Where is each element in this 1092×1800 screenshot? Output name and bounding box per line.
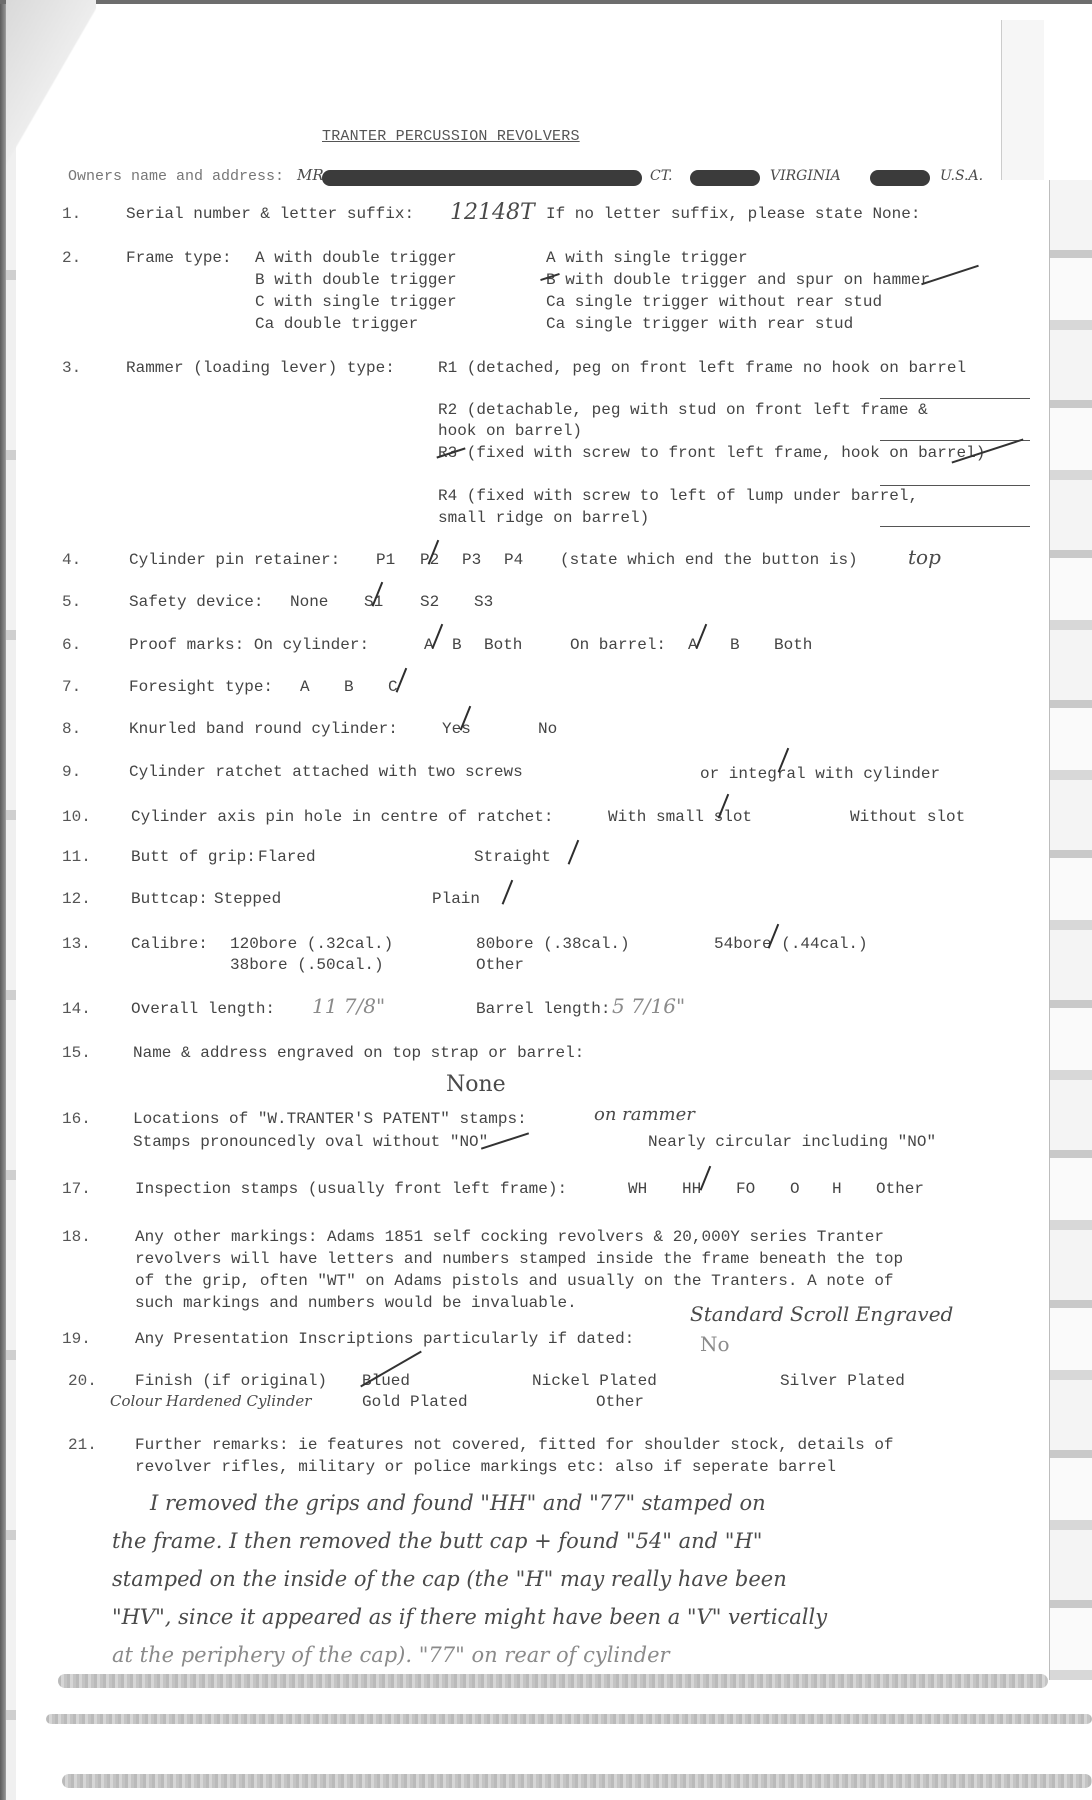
q5-number: 5. — [62, 593, 81, 611]
inspection-fo[interactable]: FO — [736, 1180, 755, 1198]
frame-option[interactable]: Ca single trigger without rear stud — [546, 293, 882, 311]
frame-option[interactable]: A with single trigger — [546, 249, 748, 267]
q4-note: (state which end the button is) — [560, 551, 858, 569]
barrel-proof-b[interactable]: B — [730, 636, 740, 654]
q1-note: If no letter suffix, please state None: — [546, 205, 920, 223]
button-end-answer[interactable]: top — [908, 545, 941, 569]
q18-text-line: Any other markings: Adams 1851 self cock… — [135, 1228, 884, 1246]
answer-line — [880, 485, 1030, 486]
rammer-option-r4-cont: small ridge on barrel) — [438, 509, 649, 527]
calibre-54bore-selected[interactable]: 54bore (.44cal.) — [714, 935, 868, 953]
q17-number: 17. — [62, 1180, 91, 1198]
overall-length-answer[interactable]: 11 7/8" — [312, 994, 385, 1018]
q4-label: Cylinder pin retainer: — [129, 551, 340, 569]
q18-text-line: of the grip, often "WT" on Adams pistols… — [135, 1272, 894, 1290]
rammer-option-r3-selected[interactable]: R3 (fixed with screw to front left frame… — [438, 444, 985, 462]
scan-smudge — [46, 1714, 1092, 1724]
scan-smudge — [58, 1674, 1048, 1688]
finish-other[interactable]: Other — [596, 1393, 644, 1411]
q16-number: 16. — [62, 1110, 91, 1128]
q21-text-line: revolver rifles, military or police mark… — [135, 1458, 836, 1476]
calibre-other[interactable]: Other — [476, 956, 524, 974]
remarks-answer-line[interactable]: stamped on the inside of the cap (the "H… — [112, 1560, 787, 1598]
ratchet-two-screws[interactable]: Cylinder ratchet attached with two screw… — [129, 763, 523, 781]
answer-line — [880, 440, 1030, 441]
q6-number: 6. — [62, 636, 81, 654]
buttcap-plain-selected[interactable]: Plain — [432, 890, 480, 908]
pin-hole-small-slot-selected[interactable]: With small slot — [608, 808, 752, 826]
pin-hole-without-slot[interactable]: Without slot — [850, 808, 965, 826]
q11-number: 11. — [62, 848, 91, 866]
check-mark-icon — [557, 835, 580, 864]
q9-number: 9. — [62, 763, 81, 781]
buttcap-stepped[interactable]: Stepped — [214, 890, 281, 908]
check-mark-icon — [689, 1161, 712, 1190]
safety-s3[interactable]: S3 — [474, 593, 493, 611]
finish-nickel-plated[interactable]: Nickel Plated — [532, 1372, 657, 1390]
q2-label: Frame type: — [126, 249, 232, 267]
q19-label: Any Presentation Inscriptions particular… — [135, 1330, 634, 1348]
ratchet-integral-selected[interactable]: or integral with cylinder — [700, 765, 940, 783]
barrel-length-label: Barrel length: — [476, 1000, 610, 1018]
safety-none[interactable]: None — [290, 593, 328, 611]
q2-number: 2. — [62, 249, 81, 267]
q10-number: 10. — [62, 808, 91, 826]
grip-straight-selected[interactable]: Straight — [474, 848, 551, 866]
rammer-option-r2-cont: hook on barrel) — [438, 422, 582, 440]
q15-number: 15. — [62, 1044, 91, 1062]
q18-number: 18. — [62, 1228, 91, 1246]
owner-label: Owners name and address: — [68, 168, 284, 185]
stamp-oval-selected[interactable]: Stamps pronouncedly oval without "NO" — [133, 1133, 488, 1151]
redacted-owner-zip — [870, 170, 930, 186]
q4-number: 4. — [62, 551, 81, 569]
frame-option[interactable]: A with double trigger — [255, 249, 457, 267]
owner-state-abbrev: CT. — [650, 168, 672, 184]
frame-option[interactable]: Ca double trigger — [255, 315, 418, 333]
redacted-owner-name — [322, 170, 642, 186]
inspection-other[interactable]: Other — [876, 1180, 924, 1198]
pin-retainer-p4[interactable]: P4 — [504, 551, 523, 569]
inspection-o[interactable]: O — [790, 1180, 800, 1198]
q17-label: Inspection stamps (usually front left fr… — [135, 1180, 567, 1198]
frame-option-selected[interactable]: B with double trigger and spur on hammer — [546, 271, 930, 289]
inscriptions-answer[interactable]: No — [700, 1332, 730, 1356]
scan-smudge — [62, 1774, 1092, 1788]
cylinder-proof-b[interactable]: B — [452, 636, 462, 654]
q5-label: Safety device: — [129, 593, 263, 611]
frame-option[interactable]: B with double trigger — [255, 271, 457, 289]
foresight-a[interactable]: A — [300, 678, 310, 696]
rammer-option-r2[interactable]: R2 (detachable, peg with stud on front l… — [438, 401, 928, 419]
check-mark-icon — [421, 619, 444, 648]
cylinder-proof-both[interactable]: Both — [484, 636, 522, 654]
q12-label: Buttcap: — [131, 890, 208, 908]
q21-text-line: Further remarks: ie features not covered… — [135, 1436, 894, 1454]
pin-retainer-p1[interactable]: P1 — [376, 551, 395, 569]
remarks-answer-line[interactable]: the frame. I then removed the butt cap +… — [112, 1522, 762, 1560]
knurled-no[interactable]: No — [538, 720, 557, 738]
owner-country: U.S.A. — [940, 168, 983, 184]
patent-stamp-location-answer[interactable]: on rammer — [594, 1104, 695, 1125]
q20-label: Finish (if original) — [135, 1372, 327, 1390]
q16-label: Locations of "W.TRANTER'S PATENT" stamps… — [133, 1110, 527, 1128]
q11-label: Butt of grip: — [131, 848, 256, 866]
q21-number: 21. — [68, 1436, 97, 1454]
q19-number: 19. — [62, 1330, 91, 1348]
other-markings-answer[interactable]: Standard Scroll Engraved — [690, 1302, 953, 1326]
q8-number: 8. — [62, 720, 81, 738]
q15-label: Name & address engraved on top strap or … — [133, 1044, 584, 1062]
owner-state: VIRGINIA — [770, 168, 841, 184]
q13-number: 13. — [62, 935, 91, 953]
inspection-wh[interactable]: WH — [628, 1180, 647, 1198]
calibre-80bore[interactable]: 80bore (.38cal.) — [476, 935, 630, 953]
q1-number: 1. — [62, 205, 81, 223]
calibre-120bore[interactable]: 120bore (.32cal.) — [230, 935, 393, 953]
stamp-circular[interactable]: Nearly circular including "NO" — [648, 1133, 936, 1151]
foresight-b[interactable]: B — [344, 678, 354, 696]
questionnaire-page: TRANTER PERCUSSION REVOLVERS Owners name… — [0, 0, 1092, 1800]
q12-number: 12. — [62, 890, 91, 908]
answer-line — [880, 526, 1030, 527]
q18-text-line: revolvers will have letters and numbers … — [135, 1250, 903, 1268]
barrel-proof-both[interactable]: Both — [774, 636, 812, 654]
remarks-answer-line[interactable]: I removed the grips and found "HH" and "… — [150, 1484, 766, 1522]
finish-silver-plated[interactable]: Silver Plated — [780, 1372, 905, 1390]
finish-gold-plated[interactable]: Gold Plated — [362, 1393, 468, 1411]
q3-label: Rammer (loading lever) type: — [126, 359, 395, 377]
q10-label: Cylinder axis pin hole in centre of ratc… — [131, 808, 553, 826]
rammer-option-r4[interactable]: R4 (fixed with screw to left of lump und… — [438, 487, 918, 505]
remarks-answer-line[interactable]: "HV", since it appeared as if there migh… — [112, 1598, 827, 1636]
answer-line — [880, 398, 1030, 399]
barrel-proof-label: On barrel: — [570, 636, 666, 654]
serial-number-answer[interactable]: 12148T — [450, 200, 535, 225]
remarks-answer-line[interactable]: at the periphery of the cap). "77" on re… — [112, 1636, 670, 1674]
frame-option[interactable]: Ca single trigger with rear stud — [546, 315, 853, 333]
q3-number: 3. — [62, 359, 81, 377]
pin-retainer-p3[interactable]: P3 — [462, 551, 481, 569]
rammer-option-r1[interactable]: R1 (detached, peg on front left frame no… — [438, 359, 966, 377]
q20-number: 20. — [68, 1372, 97, 1390]
redacted-owner-city — [690, 170, 760, 186]
finish-answer[interactable]: Colour Hardened Cylinder — [110, 1392, 311, 1410]
q7-number: 7. — [62, 678, 81, 696]
q14-number: 14. — [62, 1000, 91, 1018]
q7-label: Foresight type: — [129, 678, 273, 696]
check-mark-icon — [491, 875, 514, 904]
document-title: TRANTER PERCUSSION REVOLVERS — [322, 128, 580, 145]
barrel-length-answer[interactable]: 5 7/16" — [612, 994, 685, 1018]
engraved-name-answer[interactable]: None — [446, 1072, 506, 1097]
grip-flared[interactable]: Flared — [258, 848, 316, 866]
q13-label: Calibre: — [131, 935, 208, 953]
q14-label: Overall length: — [131, 1000, 275, 1018]
check-mark-icon — [685, 619, 708, 648]
frame-option[interactable]: C with single trigger — [255, 293, 457, 311]
q1-label: Serial number & letter suffix: — [126, 205, 414, 223]
q8-label: Knurled band round cylinder: — [129, 720, 398, 738]
q18-text-line: such markings and numbers would be inval… — [135, 1294, 577, 1312]
calibre-38bore[interactable]: 38bore (.50cal.) — [230, 956, 384, 974]
owner-prefix: MR — [297, 166, 324, 184]
check-mark-icon — [385, 663, 408, 692]
q6-label: Proof marks: On cylinder: — [129, 636, 369, 654]
inspection-h[interactable]: H — [832, 1180, 842, 1198]
safety-s2[interactable]: S2 — [420, 593, 439, 611]
